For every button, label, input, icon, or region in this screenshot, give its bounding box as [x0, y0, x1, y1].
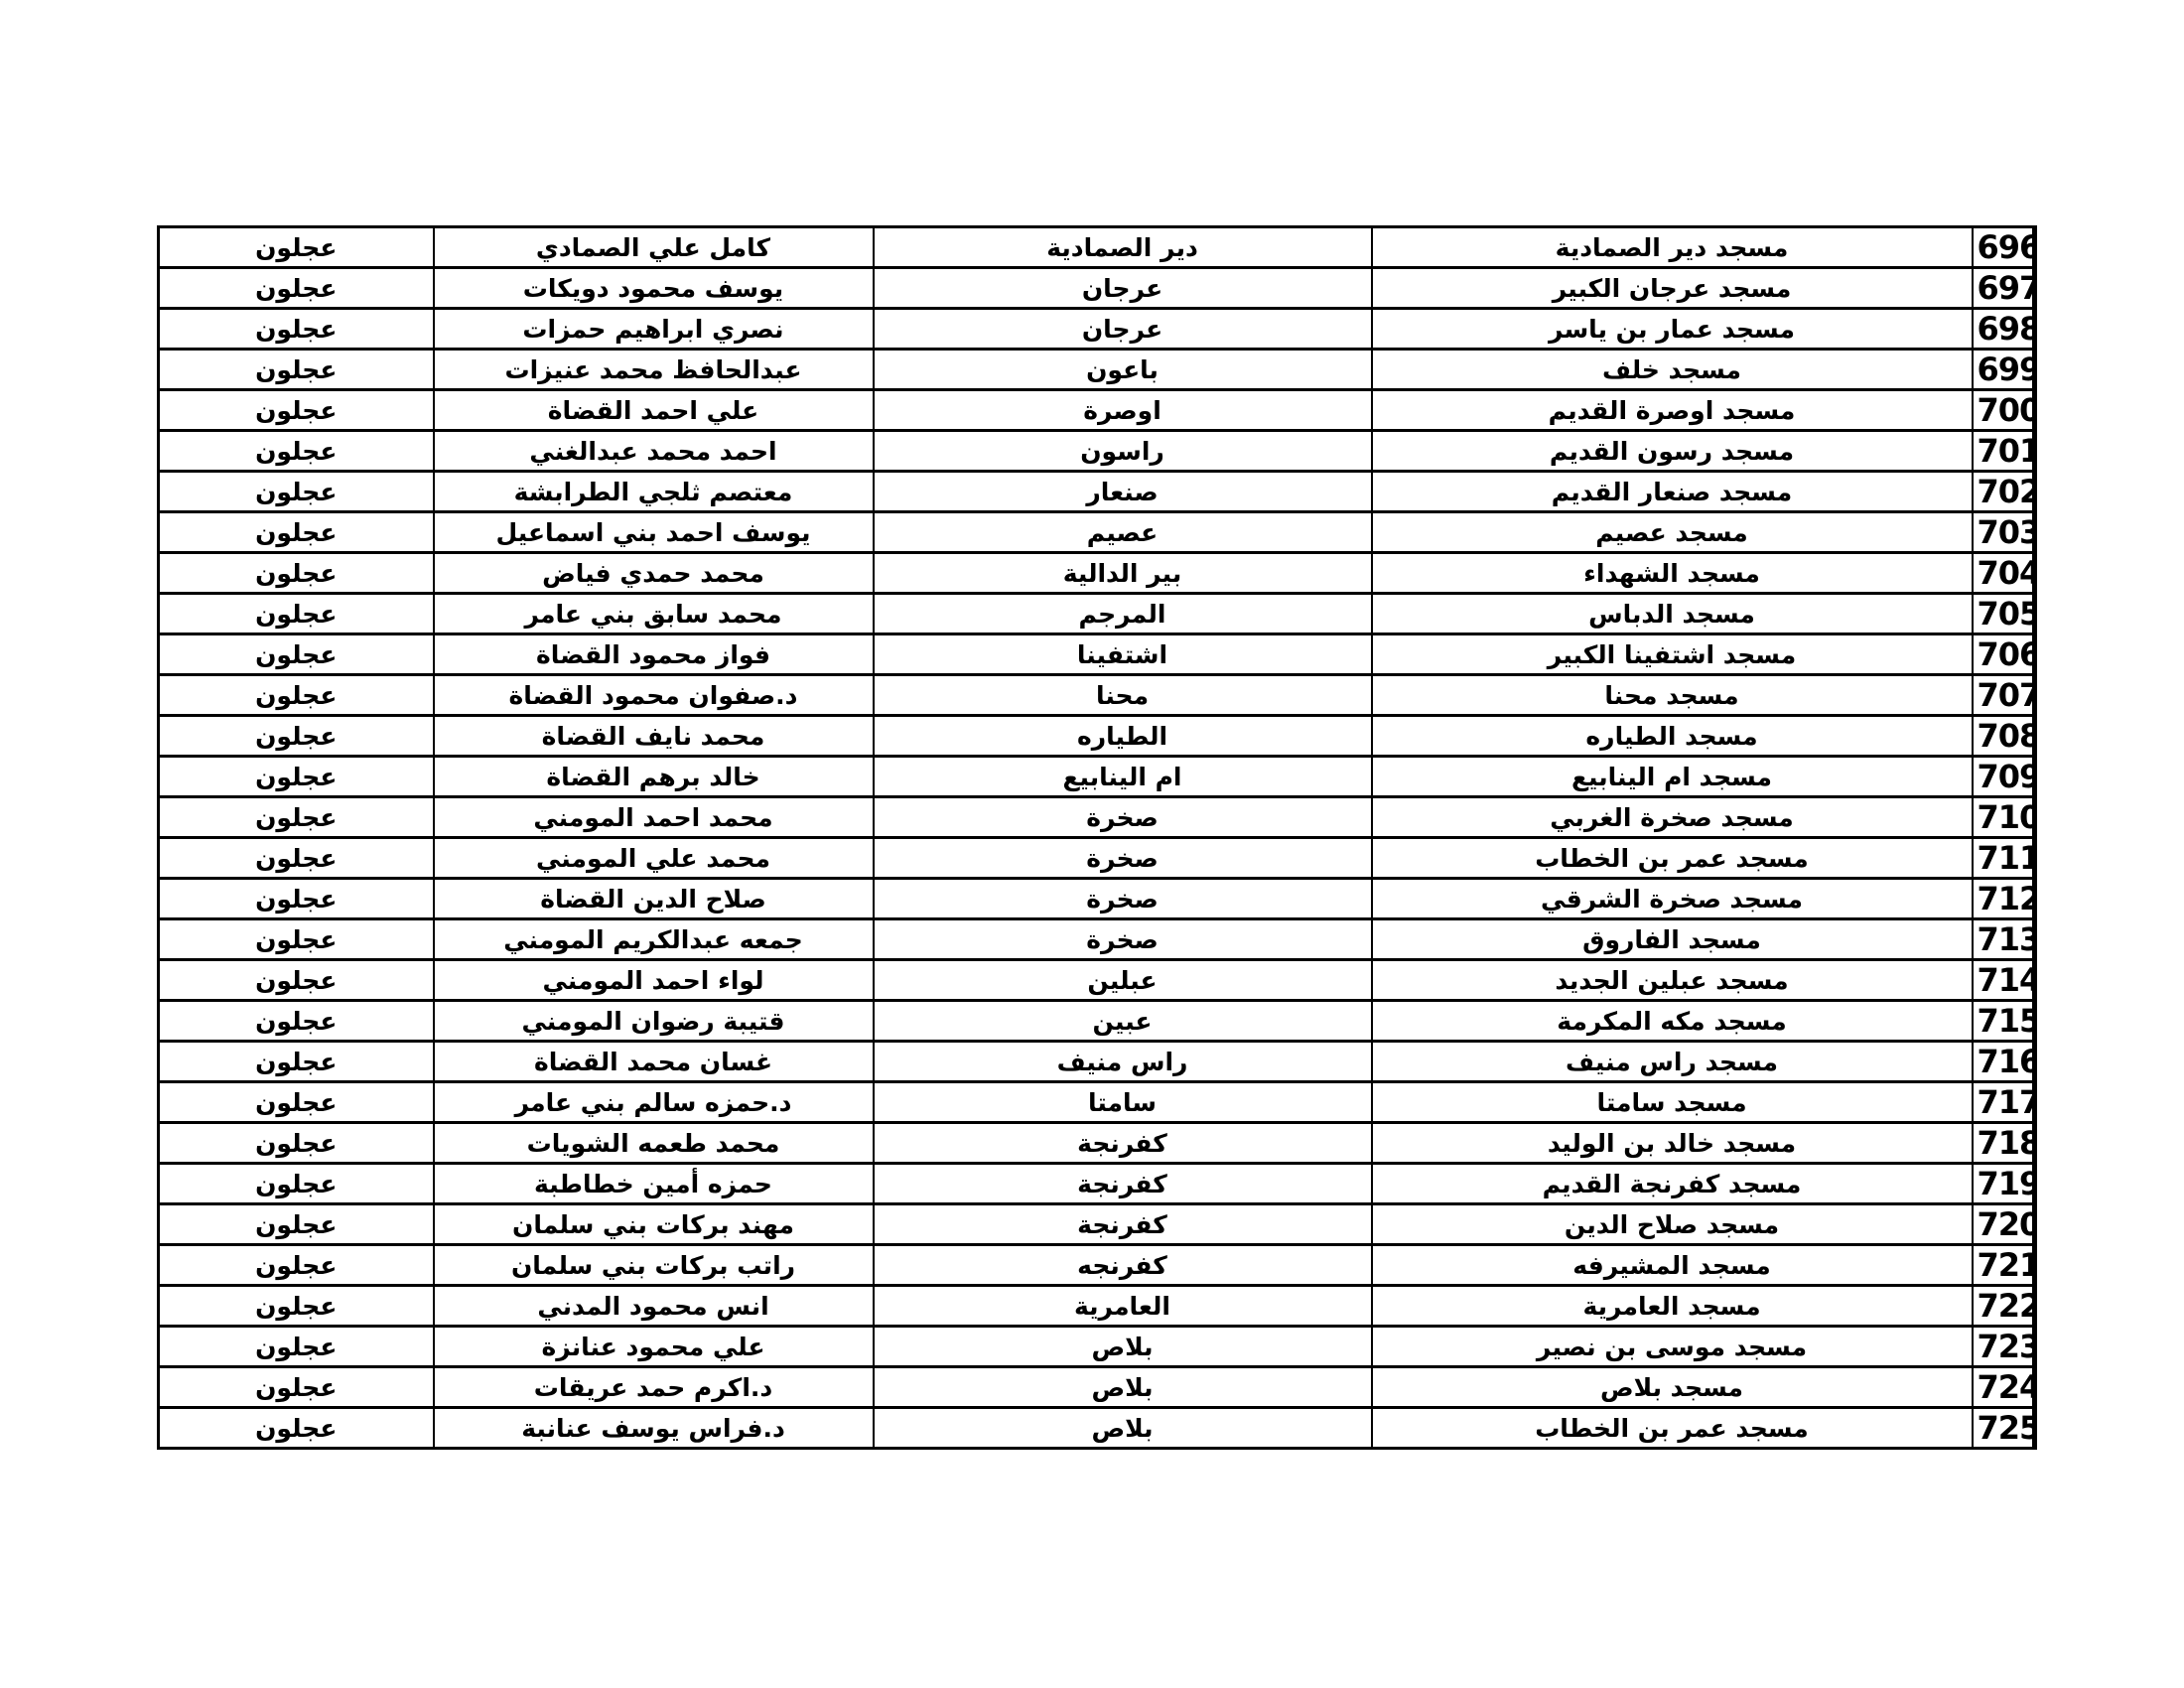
village-cell: محنا	[874, 675, 1372, 716]
row-number-cell: 706	[1973, 634, 2035, 675]
mosque-name-cell: مسجد عرجان الكبير	[1372, 268, 1973, 309]
table-row: عجلون لواء احمد المومني عبلين مسجد عبلين…	[159, 960, 2035, 1001]
mosque-name-cell: مسجد راس منيف	[1372, 1042, 1973, 1082]
row-number-cell: 699	[1973, 350, 2035, 390]
table-row: عجلون خالد برهم القضاة ام الينابيع مسجد …	[159, 757, 2035, 797]
imam-name-cell: يوسف احمد بني اسماعيل	[434, 512, 874, 553]
village-cell: المرجم	[874, 594, 1372, 634]
village-cell: عرجان	[874, 268, 1372, 309]
table-row: عجلون علي محمود عنانزة بلاص مسجد موسى بن…	[159, 1327, 2035, 1367]
governorate-cell: عجلون	[159, 1408, 434, 1449]
table-row: عجلون يوسف محمود دويكات عرجان مسجد عرجان…	[159, 268, 2035, 309]
mosque-name-cell: مسجد رسون القديم	[1372, 431, 1973, 472]
mosque-name-cell: مسجد اشتفينا الكبير	[1372, 634, 1973, 675]
village-cell: بلاص	[874, 1327, 1372, 1367]
row-number-cell: 714	[1973, 960, 2035, 1001]
governorate-cell: عجلون	[159, 1042, 434, 1082]
document-page: عجلون كامل علي الصمادي دير الصمادية مسجد…	[0, 0, 2184, 1688]
table-row: عجلون عبدالحافظ محمد عنيزات باعون مسجد خ…	[159, 350, 2035, 390]
row-number-cell: 711	[1973, 838, 2035, 879]
table-row: عجلون صلاح الدين القضاة صخرة مسجد صخرة ا…	[159, 879, 2035, 919]
village-cell: صخرة	[874, 919, 1372, 960]
mosque-name-cell: مسجد العامرية	[1372, 1286, 1973, 1327]
mosque-table: عجلون كامل علي الصمادي دير الصمادية مسجد…	[157, 225, 2037, 1450]
mosque-name-cell: مسجد اوصرة القديم	[1372, 390, 1973, 431]
imam-name-cell: احمد محمد عبدالغني	[434, 431, 874, 472]
imam-name-cell: يوسف محمود دويكات	[434, 268, 874, 309]
governorate-cell: عجلون	[159, 1204, 434, 1245]
governorate-cell: عجلون	[159, 1123, 434, 1164]
village-cell: بير الدالية	[874, 553, 1372, 594]
governorate-cell: عجلون	[159, 512, 434, 553]
row-number-cell: 717	[1973, 1082, 2035, 1123]
table-row: عجلون مهند بركات بني سلمان كفرنجة مسجد ص…	[159, 1204, 2035, 1245]
imam-name-cell: علي محمود عنانزة	[434, 1327, 874, 1367]
governorate-cell: عجلون	[159, 472, 434, 512]
imam-name-cell: محمد احمد المومني	[434, 797, 874, 838]
village-cell: باعون	[874, 350, 1372, 390]
imam-name-cell: د.فراس يوسف عنانبة	[434, 1408, 874, 1449]
row-number-cell: 713	[1973, 919, 2035, 960]
village-cell: كفرنجة	[874, 1164, 1372, 1204]
imam-name-cell: كامل علي الصمادي	[434, 227, 874, 268]
imam-name-cell: د.صفوان محمود القضاة	[434, 675, 874, 716]
table-row: عجلون يوسف احمد بني اسماعيل عصيم مسجد عص…	[159, 512, 2035, 553]
row-number-cell: 697	[1973, 268, 2035, 309]
row-number-cell: 716	[1973, 1042, 2035, 1082]
imam-name-cell: محمد سابق بني عامر	[434, 594, 874, 634]
mosque-name-cell: مسجد عصيم	[1372, 512, 1973, 553]
row-number-cell: 721	[1973, 1245, 2035, 1286]
governorate-cell: عجلون	[159, 838, 434, 879]
mosque-name-cell: مسجد الدباس	[1372, 594, 1973, 634]
table-row: عجلون محمد احمد المومني صخرة مسجد صخرة ا…	[159, 797, 2035, 838]
table-row: عجلون محمد سابق بني عامر المرجم مسجد الد…	[159, 594, 2035, 634]
row-number-cell: 722	[1973, 1286, 2035, 1327]
governorate-cell: عجلون	[159, 879, 434, 919]
imam-name-cell: لواء احمد المومني	[434, 960, 874, 1001]
mosque-name-cell: مسجد صخرة الغربي	[1372, 797, 1973, 838]
governorate-cell: عجلون	[159, 675, 434, 716]
village-cell: سامتا	[874, 1082, 1372, 1123]
governorate-cell: عجلون	[159, 1245, 434, 1286]
village-cell: راس منيف	[874, 1042, 1372, 1082]
row-number-cell: 715	[1973, 1001, 2035, 1042]
mosque-name-cell: مسجد مكه المكرمة	[1372, 1001, 1973, 1042]
row-number-cell: 701	[1973, 431, 2035, 472]
table-row: عجلون محمد حمدي فياض بير الدالية مسجد ال…	[159, 553, 2035, 594]
governorate-cell: عجلون	[159, 268, 434, 309]
row-number-cell: 696	[1973, 227, 2035, 268]
row-number-cell: 708	[1973, 716, 2035, 757]
row-number-cell: 698	[1973, 309, 2035, 350]
mosque-name-cell: مسجد صنعار القديم	[1372, 472, 1973, 512]
mosque-name-cell: مسجد الشهداء	[1372, 553, 1973, 594]
table-row: عجلون راتب بركات بني سلمان كفرنجه مسجد ا…	[159, 1245, 2035, 1286]
table-row: عجلون جمعه عبدالكريم المومني صخرة مسجد ا…	[159, 919, 2035, 960]
village-cell: اشتفينا	[874, 634, 1372, 675]
village-cell: صخرة	[874, 797, 1372, 838]
imam-name-cell: غسان محمد القضاة	[434, 1042, 874, 1082]
table-row: عجلون كامل علي الصمادي دير الصمادية مسجد…	[159, 227, 2035, 268]
governorate-cell: عجلون	[159, 1164, 434, 1204]
table-row: عجلون معتصم ثلجي الطرابشة صنعار مسجد صنع…	[159, 472, 2035, 512]
mosque-name-cell: مسجد المشيرفه	[1372, 1245, 1973, 1286]
imam-name-cell: د.حمزه سالم بني عامر	[434, 1082, 874, 1123]
imam-name-cell: فواز محمود القضاة	[434, 634, 874, 675]
table-row: عجلون نصري ابراهيم حمزات عرجان مسجد عمار…	[159, 309, 2035, 350]
row-number-cell: 710	[1973, 797, 2035, 838]
governorate-cell: عجلون	[159, 716, 434, 757]
mosque-name-cell: مسجد سامتا	[1372, 1082, 1973, 1123]
governorate-cell: عجلون	[159, 1082, 434, 1123]
governorate-cell: عجلون	[159, 227, 434, 268]
village-cell: اوصرة	[874, 390, 1372, 431]
row-number-cell: 707	[1973, 675, 2035, 716]
village-cell: عبين	[874, 1001, 1372, 1042]
row-number-cell: 723	[1973, 1327, 2035, 1367]
mosque-name-cell: مسجد ام الينابيع	[1372, 757, 1973, 797]
mosque-table-body: عجلون كامل علي الصمادي دير الصمادية مسجد…	[159, 227, 2035, 1449]
table-row: عجلون حمزه أمين خطاطبة كفرنجة مسجد كفرنج…	[159, 1164, 2035, 1204]
governorate-cell: عجلون	[159, 553, 434, 594]
village-cell: كفرنجه	[874, 1245, 1372, 1286]
row-number-cell: 703	[1973, 512, 2035, 553]
mosque-name-cell: مسجد موسى بن نصير	[1372, 1327, 1973, 1367]
imam-name-cell: حمزه أمين خطاطبة	[434, 1164, 874, 1204]
governorate-cell: عجلون	[159, 757, 434, 797]
table-row: عجلون انس محمود المدني العامرية مسجد الع…	[159, 1286, 2035, 1327]
village-cell: صخرة	[874, 838, 1372, 879]
village-cell: بلاص	[874, 1408, 1372, 1449]
governorate-cell: عجلون	[159, 350, 434, 390]
imam-name-cell: محمد نايف القضاة	[434, 716, 874, 757]
village-cell: صخرة	[874, 879, 1372, 919]
table-row: عجلون قتيبة رضوان المومني عبين مسجد مكه …	[159, 1001, 2035, 1042]
governorate-cell: عجلون	[159, 634, 434, 675]
village-cell: الطياره	[874, 716, 1372, 757]
imam-name-cell: محمد طعمه الشويات	[434, 1123, 874, 1164]
table-row: عجلون علي احمد القضاة اوصرة مسجد اوصرة ا…	[159, 390, 2035, 431]
mosque-name-cell: مسجد عمر بن الخطاب	[1372, 838, 1973, 879]
imam-name-cell: علي احمد القضاة	[434, 390, 874, 431]
mosque-name-cell: مسجد عمار بن ياسر	[1372, 309, 1973, 350]
table-row: عجلون د.فراس يوسف عنانبة بلاص مسجد عمر ب…	[159, 1408, 2035, 1449]
mosque-name-cell: مسجد صخرة الشرقي	[1372, 879, 1973, 919]
governorate-cell: عجلون	[159, 919, 434, 960]
village-cell: راسون	[874, 431, 1372, 472]
table-row: عجلون محمد علي المومني صخرة مسجد عمر بن …	[159, 838, 2035, 879]
governorate-cell: عجلون	[159, 1367, 434, 1408]
table-row: عجلون محمد طعمه الشويات كفرنجة مسجد خالد…	[159, 1123, 2035, 1164]
village-cell: عصيم	[874, 512, 1372, 553]
village-cell: بلاص	[874, 1367, 1372, 1408]
governorate-cell: عجلون	[159, 1001, 434, 1042]
mosque-name-cell: مسجد بلاص	[1372, 1367, 1973, 1408]
village-cell: صنعار	[874, 472, 1372, 512]
governorate-cell: عجلون	[159, 594, 434, 634]
village-cell: دير الصمادية	[874, 227, 1372, 268]
table-row: عجلون محمد نايف القضاة الطياره مسجد الطي…	[159, 716, 2035, 757]
table-row: عجلون فواز محمود القضاة اشتفينا مسجد اشت…	[159, 634, 2035, 675]
mosque-name-cell: مسجد دير الصمادية	[1372, 227, 1973, 268]
imam-name-cell: محمد حمدي فياض	[434, 553, 874, 594]
table-row: عجلون غسان محمد القضاة راس منيف مسجد راس…	[159, 1042, 2035, 1082]
mosque-name-cell: مسجد خالد بن الوليد	[1372, 1123, 1973, 1164]
imam-name-cell: انس محمود المدني	[434, 1286, 874, 1327]
row-number-cell: 725	[1973, 1408, 2035, 1449]
table-row: عجلون د.اكرم حمد عريقات بلاص مسجد بلاص 7…	[159, 1367, 2035, 1408]
row-number-cell: 724	[1973, 1367, 2035, 1408]
mosque-name-cell: مسجد عمر بن الخطاب	[1372, 1408, 1973, 1449]
row-number-cell: 720	[1973, 1204, 2035, 1245]
imam-name-cell: د.اكرم حمد عريقات	[434, 1367, 874, 1408]
village-cell: ام الينابيع	[874, 757, 1372, 797]
imam-name-cell: خالد برهم القضاة	[434, 757, 874, 797]
table-row: عجلون د.صفوان محمود القضاة محنا مسجد محن…	[159, 675, 2035, 716]
imam-name-cell: معتصم ثلجي الطرابشة	[434, 472, 874, 512]
mosque-name-cell: مسجد خلف	[1372, 350, 1973, 390]
governorate-cell: عجلون	[159, 390, 434, 431]
row-number-cell: 700	[1973, 390, 2035, 431]
row-number-cell: 719	[1973, 1164, 2035, 1204]
mosque-name-cell: مسجد كفرنجة القديم	[1372, 1164, 1973, 1204]
imam-name-cell: محمد علي المومني	[434, 838, 874, 879]
governorate-cell: عجلون	[159, 1327, 434, 1367]
governorate-cell: عجلون	[159, 797, 434, 838]
governorate-cell: عجلون	[159, 431, 434, 472]
imam-name-cell: صلاح الدين القضاة	[434, 879, 874, 919]
row-number-cell: 709	[1973, 757, 2035, 797]
village-cell: العامرية	[874, 1286, 1372, 1327]
governorate-cell: عجلون	[159, 1286, 434, 1327]
village-cell: كفرنجة	[874, 1123, 1372, 1164]
imam-name-cell: راتب بركات بني سلمان	[434, 1245, 874, 1286]
village-cell: عبلين	[874, 960, 1372, 1001]
mosque-name-cell: مسجد محنا	[1372, 675, 1973, 716]
governorate-cell: عجلون	[159, 960, 434, 1001]
row-number-cell: 705	[1973, 594, 2035, 634]
village-cell: كفرنجة	[874, 1204, 1372, 1245]
governorate-cell: عجلون	[159, 309, 434, 350]
table-row: عجلون د.حمزه سالم بني عامر سامتا مسجد سا…	[159, 1082, 2035, 1123]
row-number-cell: 712	[1973, 879, 2035, 919]
mosque-name-cell: مسجد عبلين الجديد	[1372, 960, 1973, 1001]
mosque-name-cell: مسجد الفاروق	[1372, 919, 1973, 960]
imam-name-cell: جمعه عبدالكريم المومني	[434, 919, 874, 960]
imam-name-cell: قتيبة رضوان المومني	[434, 1001, 874, 1042]
village-cell: عرجان	[874, 309, 1372, 350]
table-row: عجلون احمد محمد عبدالغني راسون مسجد رسون…	[159, 431, 2035, 472]
mosque-name-cell: مسجد صلاح الدين	[1372, 1204, 1973, 1245]
mosque-name-cell: مسجد الطياره	[1372, 716, 1973, 757]
imam-name-cell: مهند بركات بني سلمان	[434, 1204, 874, 1245]
imam-name-cell: نصري ابراهيم حمزات	[434, 309, 874, 350]
row-number-cell: 718	[1973, 1123, 2035, 1164]
row-number-cell: 702	[1973, 472, 2035, 512]
imam-name-cell: عبدالحافظ محمد عنيزات	[434, 350, 874, 390]
row-number-cell: 704	[1973, 553, 2035, 594]
